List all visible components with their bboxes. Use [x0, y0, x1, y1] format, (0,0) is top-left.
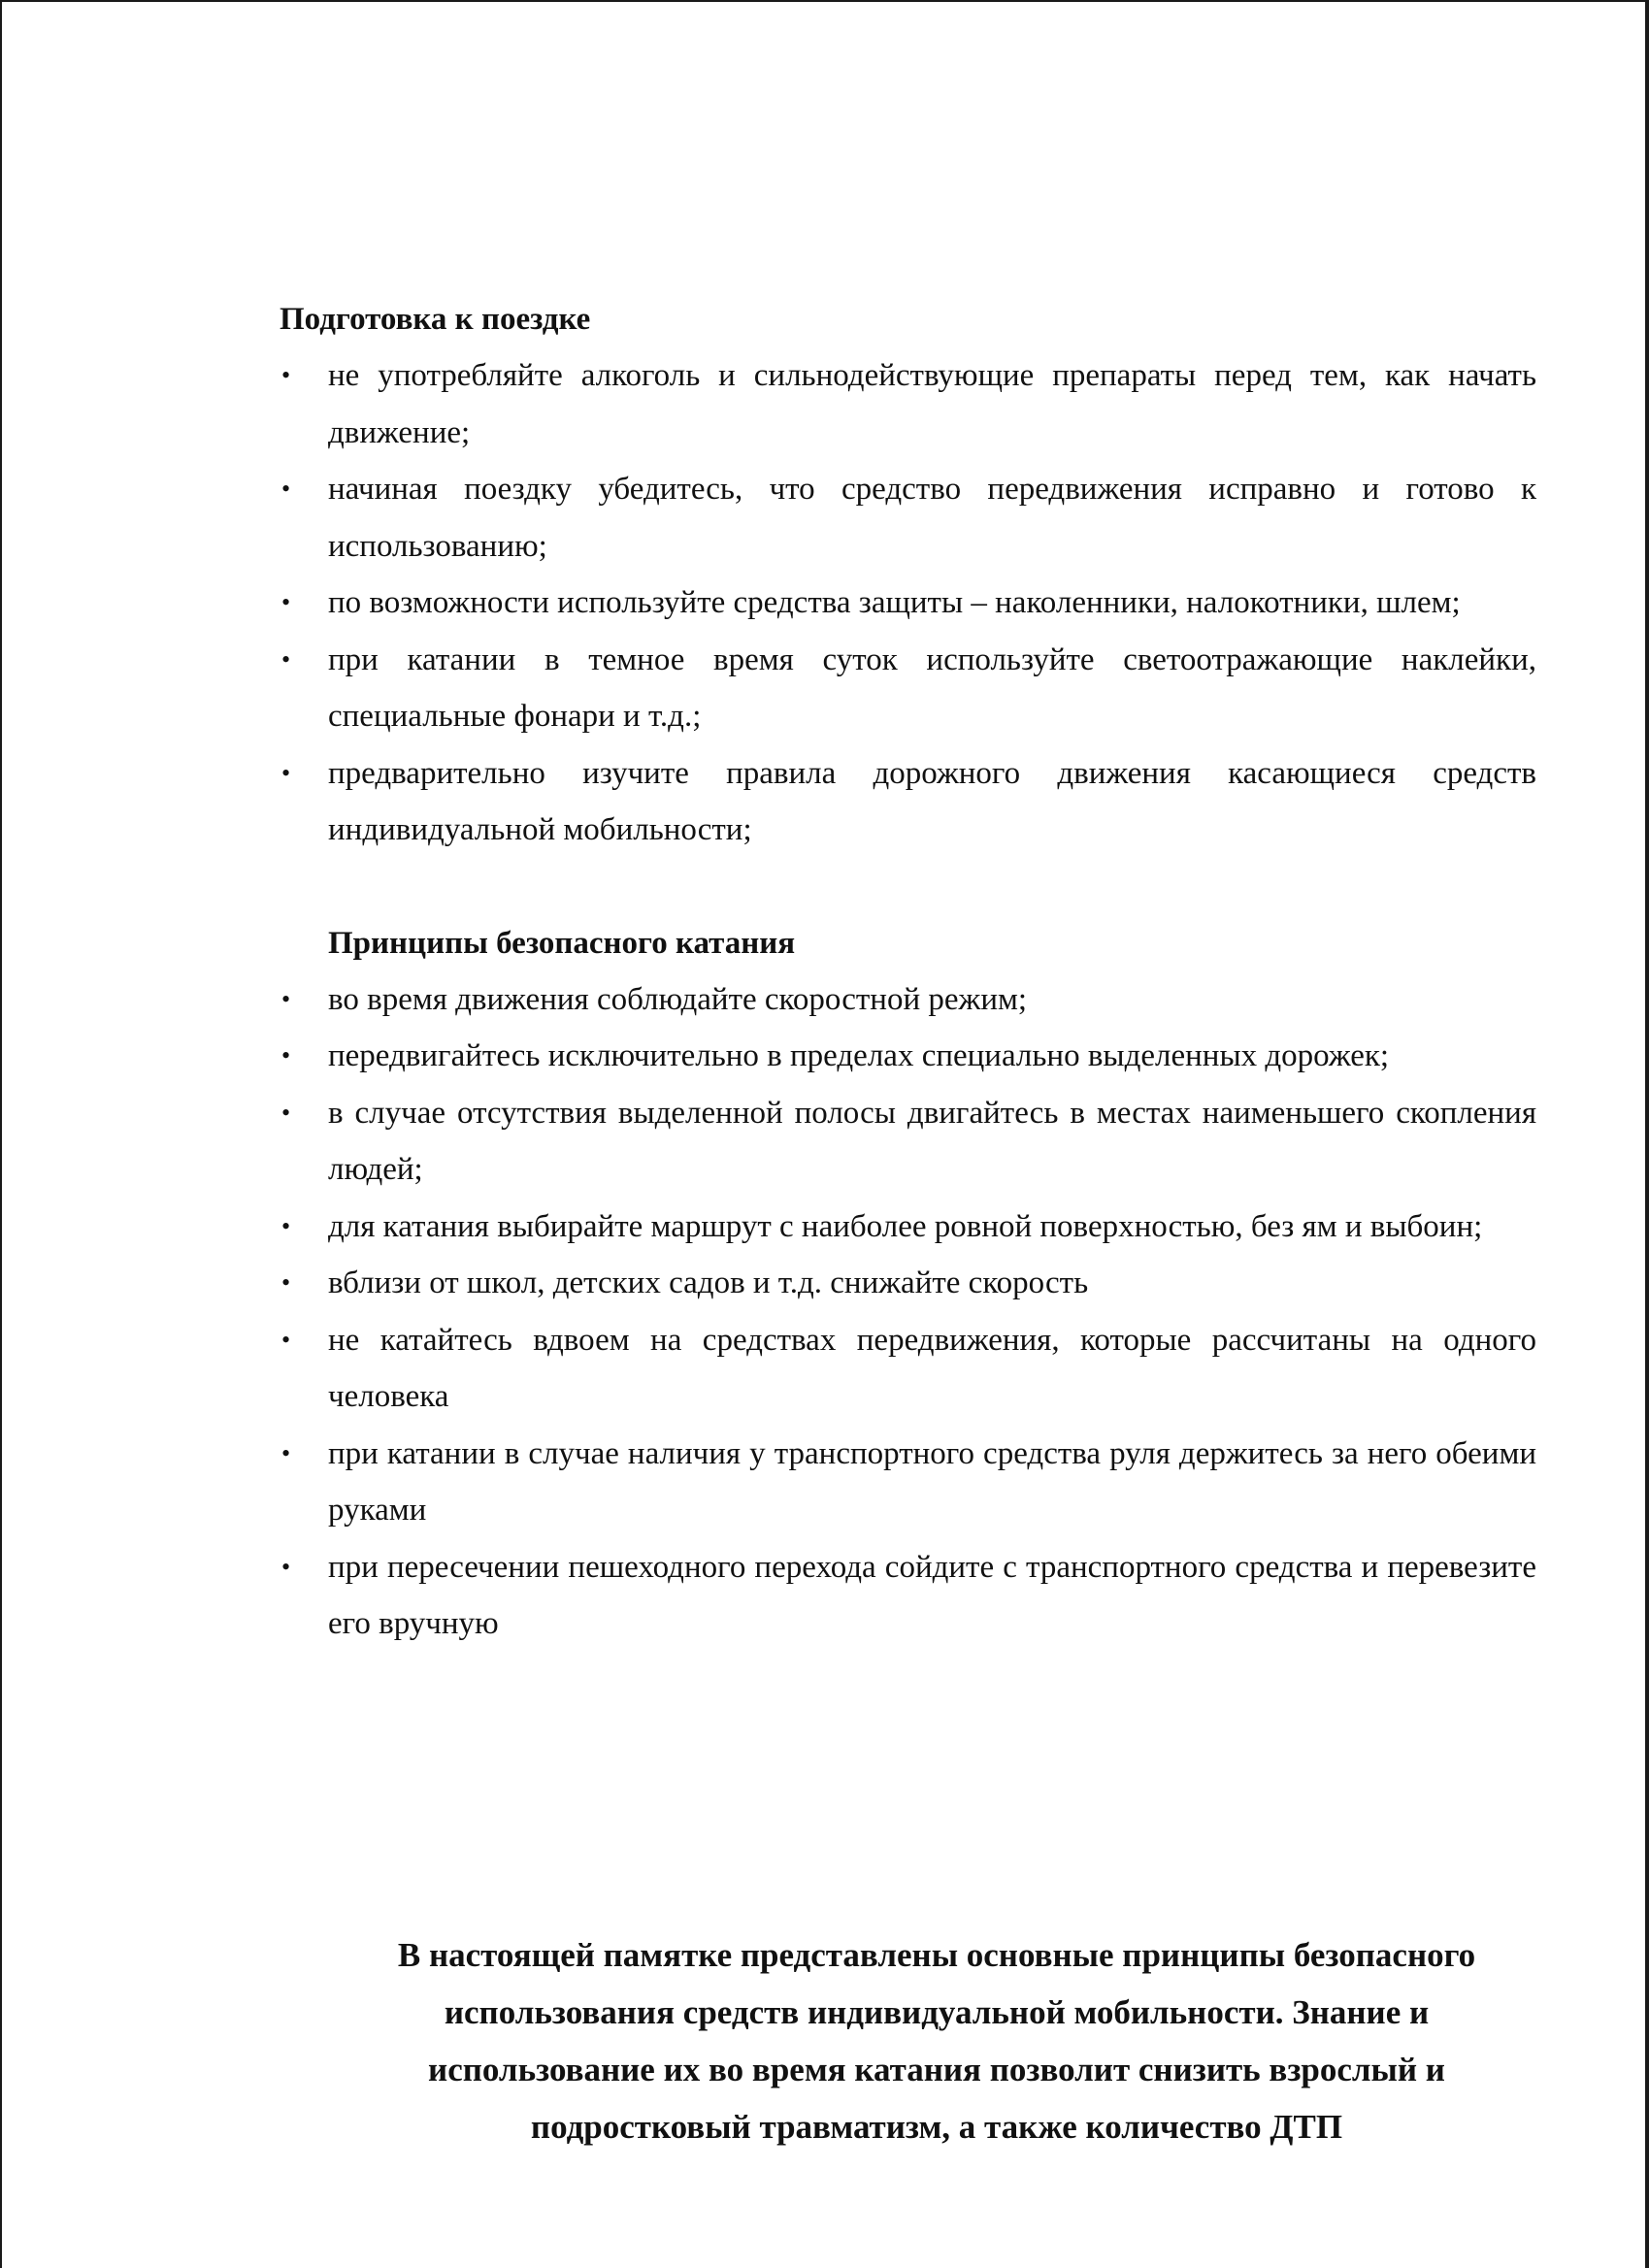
list-item: •передвигайтесь исключительно в пределах…: [280, 1028, 1536, 1085]
list-item-text: при катании в темное время суток использ…: [328, 642, 1536, 735]
list-item: •предварительно изучите правила дорожног…: [280, 745, 1536, 859]
list-item: •при пересечении пешеходного перехода со…: [280, 1539, 1536, 1653]
list-item: •для катания выбирайте маршрут с наиболе…: [280, 1199, 1536, 1256]
bullet-icon: •: [281, 632, 290, 689]
bullet-icon: •: [281, 971, 290, 1029]
document-page: Подготовка к поездке •не употребляйте ал…: [280, 291, 1536, 1653]
list-item-text: во время движения соблюдайте скоростной …: [328, 982, 1027, 1017]
bullet-icon: •: [281, 575, 290, 632]
scan-edge-top: [0, 0, 1649, 2]
scan-edge-right: [1645, 0, 1649, 2268]
list-item: •при катании в случае наличия у транспор…: [280, 1426, 1536, 1539]
bullet-icon: •: [281, 1539, 290, 1596]
bullet-icon: •: [281, 1312, 290, 1369]
list-item: •вблизи от школ, детских садов и т.д. сн…: [280, 1255, 1536, 1312]
bullet-icon: •: [281, 1085, 290, 1142]
summary-line: использование их во время катания позвол…: [320, 2041, 1553, 2098]
section-spacer: [280, 859, 1536, 915]
list-item-text: не употребляйте алкоголь и сильнодейству…: [328, 358, 1536, 450]
bullet-icon: •: [281, 1028, 290, 1085]
bullet-icon: •: [281, 461, 290, 518]
trip-preparation-list: •не употребляйте алкоголь и сильнодейств…: [280, 347, 1536, 859]
list-item-text: начиная поездку убедитесь, что средство …: [328, 472, 1536, 564]
scan-edge-left: [0, 0, 2, 2268]
list-item-text: при катании в случае наличия у транспорт…: [328, 1436, 1536, 1528]
bullet-icon: •: [281, 1426, 290, 1483]
section-heading-safe-riding: Принципы безопасного катания: [280, 915, 1536, 971]
list-item-text: в случае отсутствия выделенной полосы дв…: [328, 1096, 1536, 1188]
bullet-icon: •: [281, 745, 290, 803]
bullet-icon: •: [281, 1255, 290, 1312]
summary-paragraph: В настоящей памятке представлены основны…: [320, 1926, 1553, 2155]
list-item: •не употребляйте алкоголь и сильнодейств…: [280, 347, 1536, 461]
list-item: •по возможности используйте средства защ…: [280, 575, 1536, 632]
list-item-text: при пересечении пешеходного перехода сой…: [328, 1550, 1536, 1642]
list-item-text: передвигайтесь исключительно в пределах …: [328, 1038, 1389, 1073]
summary-line: подростковый травматизм, а также количес…: [320, 2098, 1553, 2155]
list-item: •во время движения соблюдайте скоростной…: [280, 971, 1536, 1029]
list-item: •не катайтесь вдвоем на средствах передв…: [280, 1312, 1536, 1426]
list-item-text: не катайтесь вдвоем на средствах передви…: [328, 1323, 1536, 1415]
list-item: •начиная поездку убедитесь, что средство…: [280, 461, 1536, 575]
list-item: •при катании в темное время суток исполь…: [280, 632, 1536, 745]
bullet-icon: •: [281, 1199, 290, 1256]
list-item-text: для катания выбирайте маршрут с наиболее…: [328, 1209, 1482, 1244]
list-item-text: по возможности используйте средства защи…: [328, 585, 1461, 620]
list-item-text: вблизи от школ, детских садов и т.д. сни…: [328, 1265, 1088, 1300]
summary-line: В настоящей памятке представлены основны…: [320, 1926, 1553, 1984]
section-heading-trip-preparation: Подготовка к поездке: [280, 291, 1536, 347]
list-item-text: предварительно изучите правила дорожного…: [328, 756, 1536, 848]
list-item: •в случае отсутствия выделенной полосы д…: [280, 1085, 1536, 1199]
safe-riding-list: •во время движения соблюдайте скоростной…: [280, 971, 1536, 1653]
bullet-icon: •: [281, 347, 290, 405]
summary-line: использования средств индивидуальной моб…: [320, 1984, 1553, 2041]
